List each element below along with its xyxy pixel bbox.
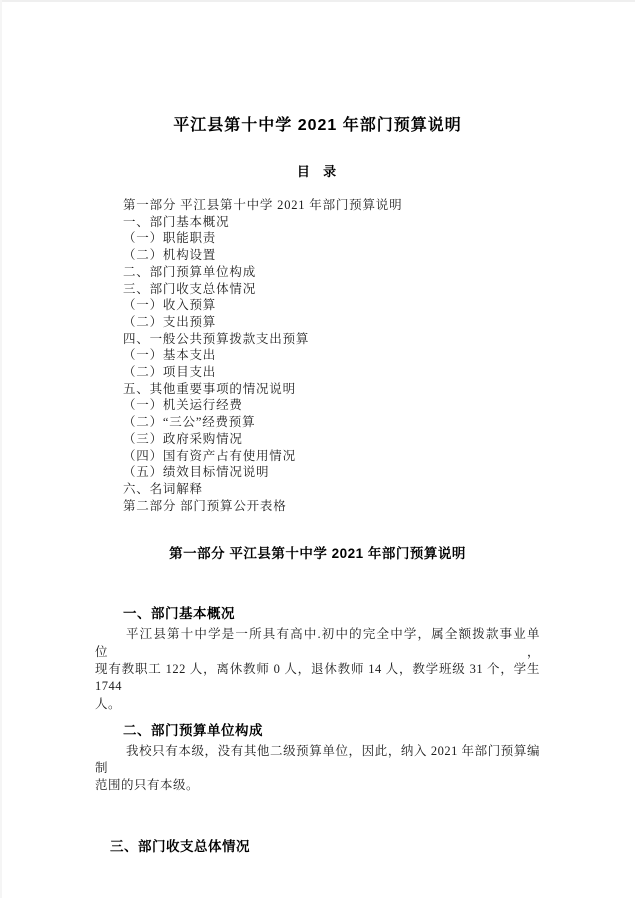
section-2-paragraph: 我校只有本级，没有其他二级预算单位，因此，纳入 2021 年部门预算编制 范围的…: [95, 743, 540, 795]
toc-item: 第二部分 部门预算公开表格: [123, 498, 540, 515]
section-2-heading: 二、部门预算单位构成: [95, 722, 540, 740]
paragraph-line: 我校只有本级，没有其他二级预算单位，因此，纳入 2021 年部门预算编制: [95, 743, 540, 778]
section-budget-unit-composition: 二、部门预算单位构成 我校只有本级，没有其他二级预算单位，因此，纳入 2021 …: [0, 722, 635, 795]
toc-item: （五）绩效目标情况说明: [123, 464, 540, 481]
toc-item: （三）政府采购情况: [123, 431, 540, 448]
document-page: 平江县第十中学 2021 年部门预算说明 目 录 第一部分 平江县第十中学 20…: [0, 0, 635, 898]
toc-item: 三、部门收支总体情况: [123, 281, 540, 298]
section-1-paragraph: 平江县第十中学是一所具有高中.初中的完全中学，属全额拨款事业单位， 现有教职工 …: [95, 626, 540, 712]
toc-item: 一、部门基本概况: [123, 214, 540, 231]
part1-heading: 第一部分 平江县第十中学 2021 年部门预算说明: [95, 545, 540, 563]
toc-item: （一）收入预算: [123, 297, 540, 314]
toc-item: （一）机关运行经费: [123, 397, 540, 414]
toc-item: （二）项目支出: [123, 364, 540, 381]
toc-item: 五、其他重要事项的情况说明: [123, 381, 540, 398]
toc-item: 四、一般公共预算拨款支出预算: [123, 331, 540, 348]
paragraph-line: 范围的只有本级。: [95, 777, 540, 794]
paragraph-line: 平江县第十中学是一所具有高中.初中的完全中学，属全额拨款事业单位，: [95, 626, 540, 661]
toc-item: （二）“三公”经费预算: [123, 414, 540, 431]
toc-item: 二、部门预算单位构成: [123, 264, 540, 281]
toc-item: （四）国有资产占有使用情况: [123, 448, 540, 465]
toc-item: 第一部分 平江县第十中学 2021 年部门预算说明: [123, 197, 540, 214]
paragraph-line: 现有教职工 122 人，离休教师 0 人，退休教师 14 人，教学班级 31 个…: [95, 661, 540, 696]
section-basic-overview: 一、部门基本概况 平江县第十中学是一所具有高中.初中的完全中学，属全额拨款事业单…: [0, 605, 635, 712]
toc-item: （一）基本支出: [123, 347, 540, 364]
section-revenue-expenditure-overview: 三、部门收支总体情况: [0, 838, 635, 856]
section-1-heading: 一、部门基本概况: [95, 605, 540, 623]
page-top-edge: [0, 0, 635, 2]
paragraph-line: 人。: [95, 696, 540, 713]
document-title: 平江县第十中学 2021 年部门预算说明: [95, 115, 540, 136]
toc-item: （二）机构设置: [123, 247, 540, 264]
table-of-contents: 第一部分 平江县第十中学 2021 年部门预算说明 一、部门基本概况 （一）职能…: [95, 197, 540, 514]
page-left-edge: [0, 0, 2, 898]
toc-item: （二）支出预算: [123, 314, 540, 331]
toc-item: 六、名词解释: [123, 481, 540, 498]
section-3-heading: 三、部门收支总体情况: [95, 838, 540, 856]
toc-heading: 目 录: [95, 163, 540, 180]
toc-item: （一）职能职责: [123, 230, 540, 247]
